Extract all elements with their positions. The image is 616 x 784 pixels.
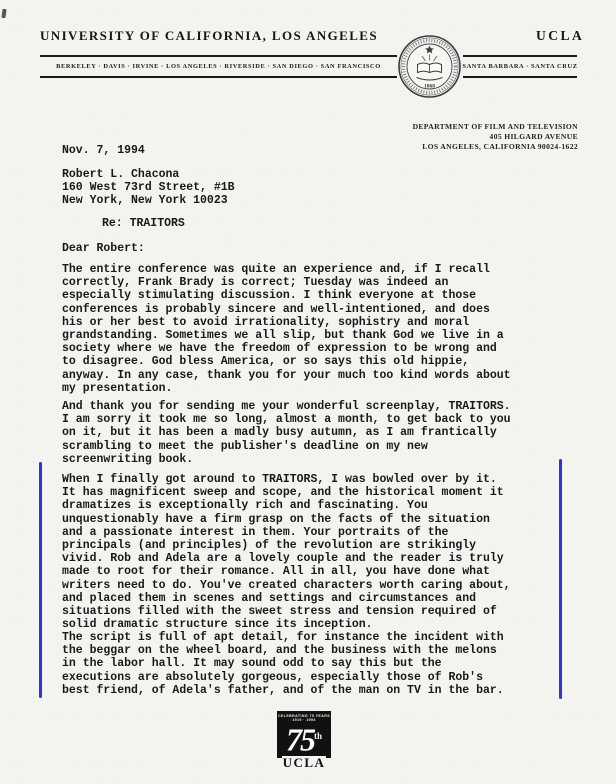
campus-list-right: SANTA BARBARA · SANTA CRUZ [462, 63, 577, 70]
paragraph-2: And thank you for sending me your wonder… [62, 400, 511, 466]
campus-list-left: BERKELEY · DAVIS · IRVINE · LOS ANGELES … [56, 63, 381, 70]
blue-margin-mark-left [39, 462, 42, 698]
department-address-block: DEPARTMENT OF FILM AND TELEVISION 405 HI… [300, 122, 578, 152]
re-line: Re: TRAITORS [102, 217, 185, 230]
department-name: DEPARTMENT OF FILM AND TELEVISION [300, 122, 578, 132]
ucla-75th-anniversary-logo: CELEBRATING 75 YEARS1919 · 1994 75th UCL… [277, 711, 331, 758]
university-name: UNIVERSITY OF CALIFORNIA, LOS ANGELES [40, 28, 378, 44]
recipient-address: Robert L. Chacona 160 West 73rd Street, … [62, 168, 235, 208]
campus-band-left: BERKELEY · DAVIS · IRVINE · LOS ANGELES … [40, 55, 397, 78]
paragraph-1: The entire conference was quite an exper… [62, 263, 511, 395]
ucla-wordmark: UCLA [536, 28, 584, 44]
seal-year: 1868 [424, 84, 435, 90]
department-city: LOS ANGELES, CALIFORNIA 90024-1622 [300, 142, 578, 152]
campus-band-right: SANTA BARBARA · SANTA CRUZ [463, 55, 577, 78]
scan-smudge [1, 9, 6, 18]
letter-date: Nov. 7, 1994 [62, 144, 145, 157]
salutation: Dear Robert: [62, 242, 145, 255]
logo-75-number: 75th [277, 719, 331, 757]
university-seal-icon: 1868 [397, 34, 462, 99]
logo-ucla-wordmark: UCLA [275, 755, 333, 769]
department-street: 405 HILGARD AVENUE [300, 132, 578, 142]
blue-margin-mark-right [559, 459, 562, 699]
paragraph-4: The script is full of apt detail, for in… [62, 631, 504, 697]
paragraph-3: When I finally got around to TRAITORS, I… [62, 473, 511, 631]
scanned-letter-page: UNIVERSITY OF CALIFORNIA, LOS ANGELES UC… [0, 0, 616, 784]
